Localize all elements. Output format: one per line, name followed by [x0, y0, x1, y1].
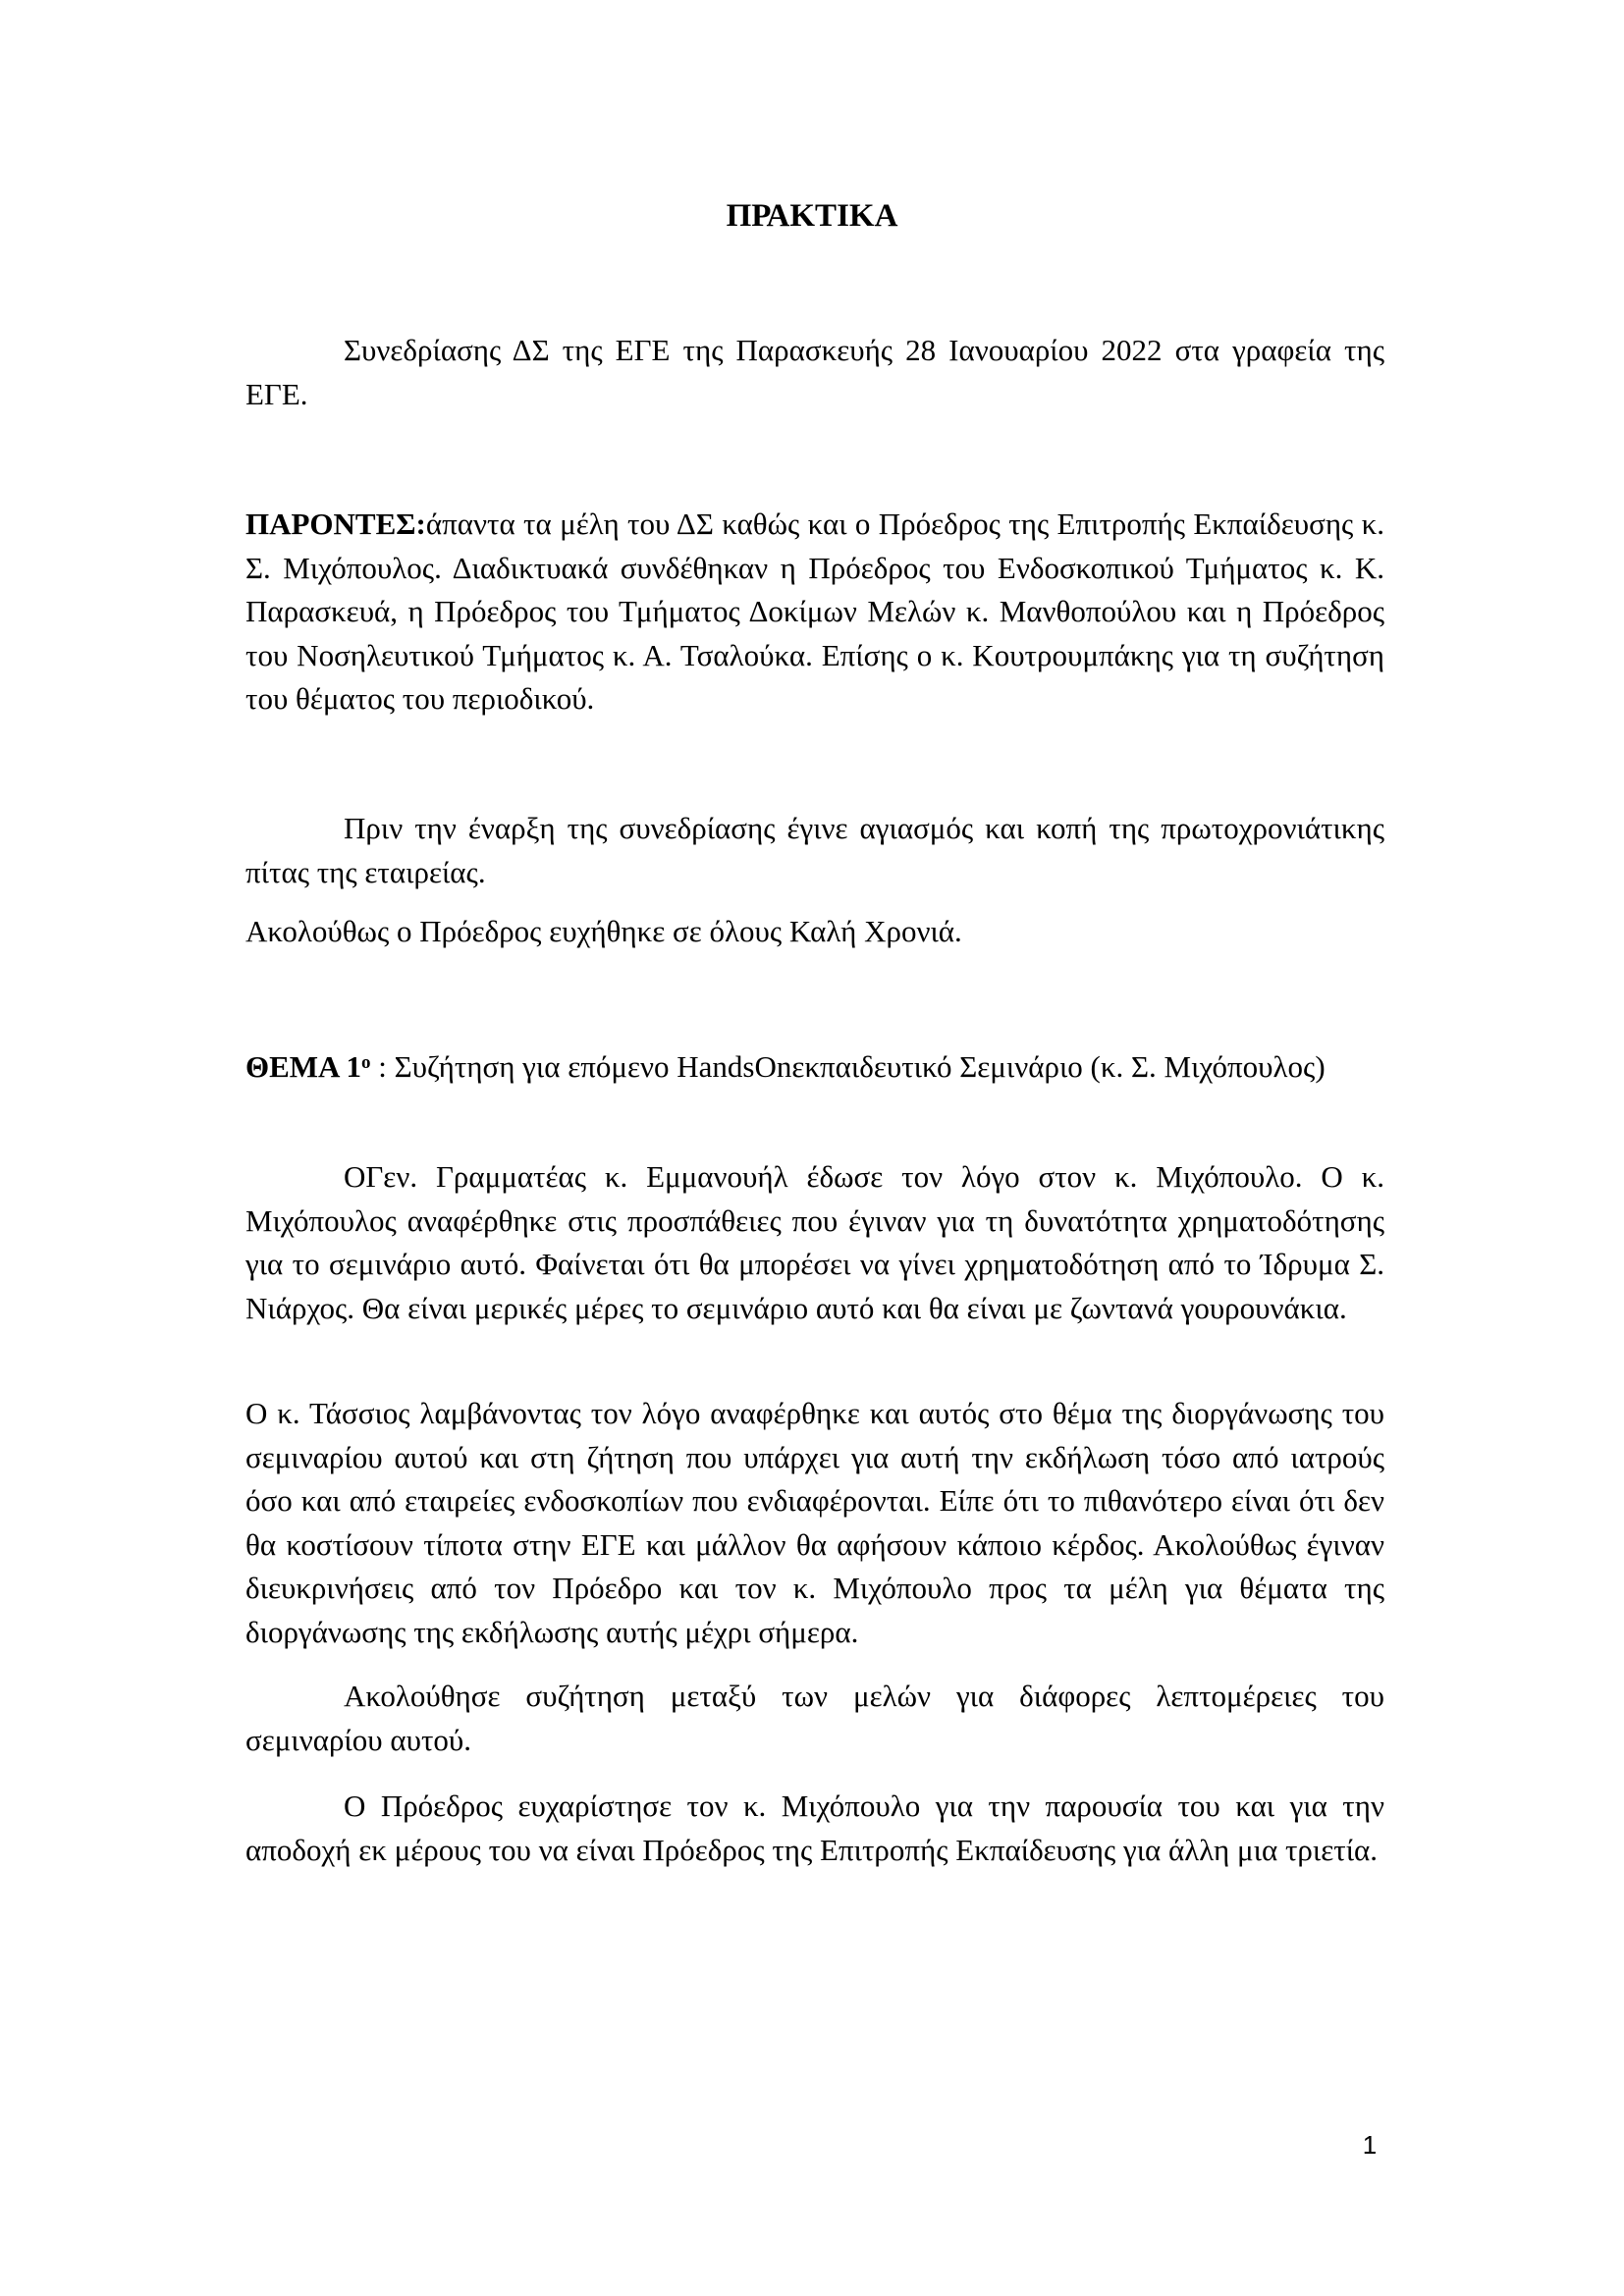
opening-paragraph-blessing: Πριν την έναρξη της συνεδρίασης έγινε αγ…	[245, 807, 1384, 894]
document-title: ΠΡΑΚΤΙΚΑ	[0, 194, 1624, 238]
topic-1-title: Συζήτηση για επόμενο HandsOnεκπαιδευτικό…	[395, 1049, 1326, 1084]
topic-1-label: ΘΕΜΑ 1	[245, 1049, 361, 1084]
attendees-label: ΠΑΡΟΝΤΕΣ:	[245, 507, 426, 541]
topic-1-separator: :	[370, 1049, 394, 1084]
topic-1-heading: ΘΕΜΑ 1ο : Συζήτηση για επόμενο HandsOnεκ…	[245, 1045, 1384, 1090]
opening-paragraph-wishes: Ακολούθως ο Πρόεδρος ευχήθηκε σε όλους Κ…	[245, 910, 1384, 954]
topic-1-paragraph-tassios: Ο κ. Τάσσιος λαμβάνοντας τον λόγο αναφέρ…	[245, 1392, 1384, 1654]
topic-1-paragraph-secretary: ΟΓεν. Γραμματέας κ. Εμμανουήλ έδωσε τον …	[245, 1155, 1384, 1330]
meeting-intro: Συνεδρίασης ΔΣ της ΕΓΕ της Παρασκευής 28…	[245, 329, 1384, 416]
document-page: ΠΡΑΚΤΙΚΑ Συνεδρίασης ΔΣ της ΕΓΕ της Παρα…	[0, 0, 1624, 2296]
attendees-paragraph: ΠΑΡΟΝΤΕΣ:άπαντα τα μέλη του ΔΣ καθώς και…	[245, 503, 1384, 721]
topic-1-ordinal: ο	[361, 1052, 371, 1073]
page-number: 1	[1355, 2125, 1384, 2164]
topic-1-paragraph-thanks: Ο Πρόεδρος ευχαρίστησε τον κ. Μιχόπουλο …	[245, 1785, 1384, 1872]
topic-1-paragraph-discussion: Ακολούθησε συζήτηση μεταξύ των μελών για…	[245, 1675, 1384, 1762]
